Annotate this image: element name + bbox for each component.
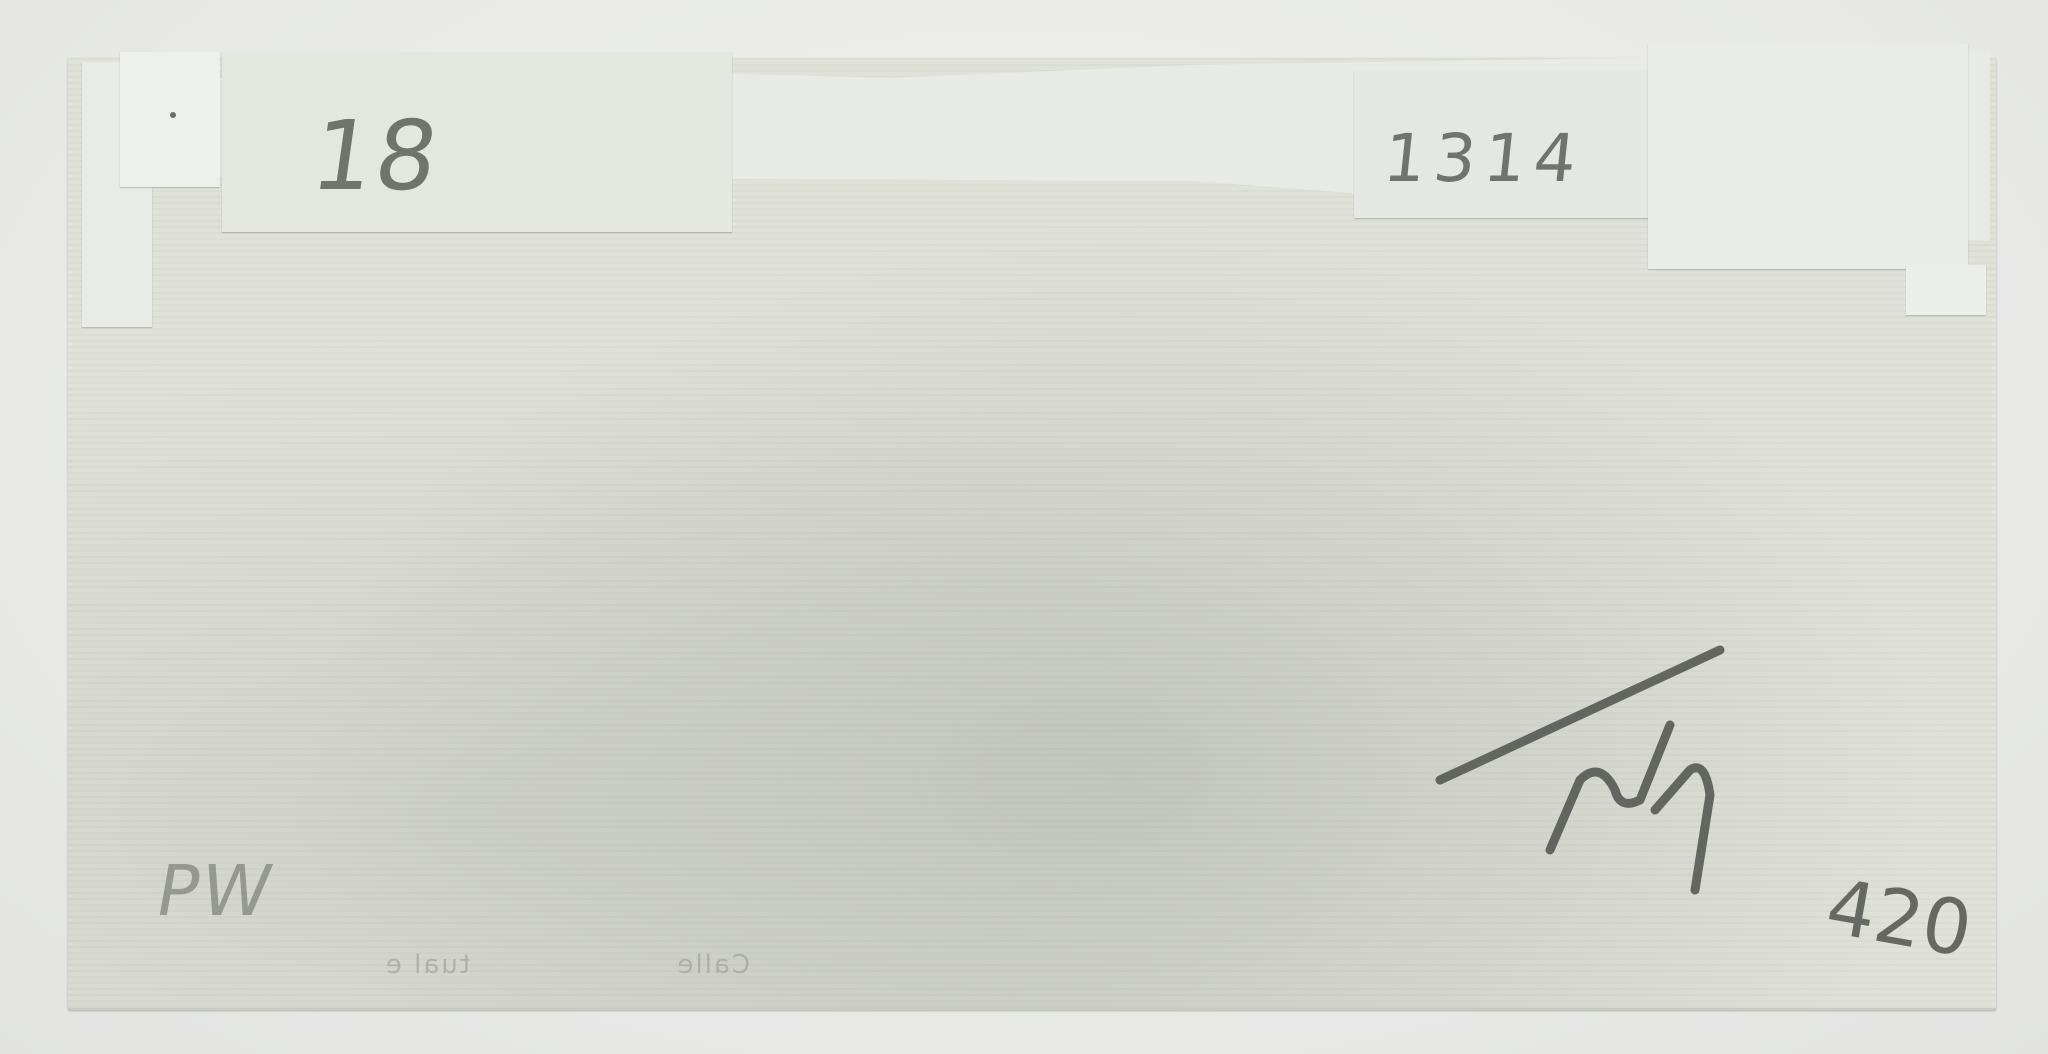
pencil-monogram-icon — [1430, 620, 1750, 920]
showthrough-text-1: tual e — [384, 950, 470, 980]
hinge-tape-right — [1648, 44, 1968, 269]
showthrough-text-2: Calle — [675, 950, 750, 980]
hinge-tape-left-small — [120, 52, 220, 187]
hinge-tape-label-left — [222, 52, 732, 232]
inscription-initials-pw: PW — [150, 850, 280, 932]
hinge-tape-right-tab — [1906, 265, 1986, 315]
inscription-18: 18 — [305, 100, 447, 212]
inscription-1314: 1314 — [1380, 120, 1588, 197]
pencil-dot-mark — [170, 112, 176, 118]
